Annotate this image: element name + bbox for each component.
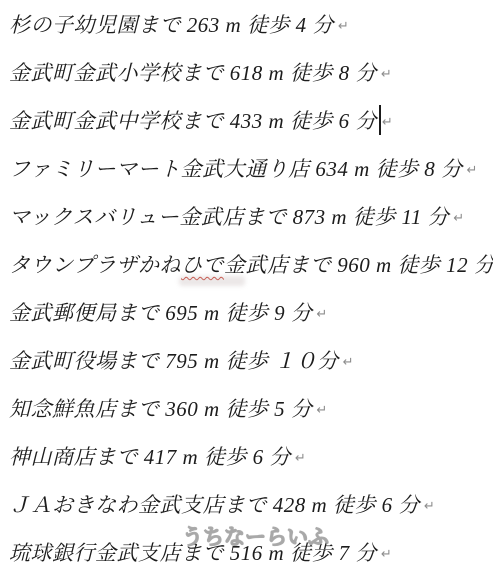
line-text[interactable]: 金武郵便局まで 695 m 徒歩 9 分 bbox=[9, 297, 312, 327]
soft-return-mark: ↵ bbox=[381, 547, 392, 562]
distance-line[interactable]: タウンプラザかねひで金武店まで 960 m 徒歩 12 分 ↵ bbox=[0, 240, 493, 288]
watermark-ghost-artifact bbox=[179, 276, 245, 286]
distance-line[interactable]: 神山商店まで 417 m 徒歩 6 分 ↵ bbox=[0, 432, 493, 480]
line-text[interactable]: マックスバリュー金武店まで 873 m 徒歩 11 分 bbox=[9, 201, 449, 231]
soft-return-mark: ↵ bbox=[338, 19, 349, 34]
soft-return-mark: ↵ bbox=[343, 355, 354, 370]
spellcheck-flagged-text[interactable]: ひで bbox=[181, 249, 224, 279]
line-text[interactable]: ファミリーマート金武大通り店 634 m 徒歩 8 分 bbox=[9, 153, 463, 183]
distance-line[interactable]: ファミリーマート金武大通り店 634 m 徒歩 8 分 ↵ bbox=[0, 144, 493, 192]
watermark-uchina-life: うちなーらいふ bbox=[182, 521, 329, 551]
distance-line[interactable]: 杉の子幼児園まで 263 m 徒歩 4 分 ↵ bbox=[0, 0, 493, 48]
line-text[interactable]: 知念鮮魚店まで 360 m 徒歩 5 分 bbox=[9, 393, 312, 423]
soft-return-mark: ↵ bbox=[382, 115, 393, 130]
line-text[interactable]: 神山商店まで 417 m 徒歩 6 分 bbox=[9, 441, 291, 471]
soft-return-mark: ↵ bbox=[316, 403, 327, 418]
distance-line[interactable]: 金武町金武中学校まで 433 m 徒歩 6 分 ↵ bbox=[0, 96, 493, 144]
line-text[interactable]: ＪＡおきなわ金武支店まで 428 m 徒歩 6 分 bbox=[9, 489, 420, 519]
line-text[interactable]: 杉の子幼児園まで 263 m 徒歩 4 分 bbox=[9, 9, 334, 39]
document-canvas: 杉の子幼児園まで 263 m 徒歩 4 分 ↵ 金武町金武小学校まで 618 m… bbox=[0, 0, 493, 575]
distance-line[interactable]: マックスバリュー金武店まで 873 m 徒歩 11 分 ↵ bbox=[0, 192, 493, 240]
line-text[interactable]: 金武町金武小学校まで 618 m 徒歩 8 分 bbox=[9, 57, 377, 87]
distance-line[interactable]: 金武町金武小学校まで 618 m 徒歩 8 分 ↵ bbox=[0, 48, 493, 96]
distance-line[interactable]: 金武郵便局まで 695 m 徒歩 9 分 ↵ bbox=[0, 288, 493, 336]
soft-return-mark: ↵ bbox=[316, 307, 327, 322]
distance-line[interactable]: 金武町役場まで 795 m 徒歩 １０分 ↵ bbox=[0, 336, 493, 384]
line-text-prefix[interactable]: タウンプラザかね bbox=[9, 249, 181, 279]
distance-line[interactable]: 知念鮮魚店まで 360 m 徒歩 5 分 ↵ bbox=[0, 384, 493, 432]
text-cursor bbox=[379, 105, 381, 135]
soft-return-mark: ↵ bbox=[467, 163, 478, 178]
soft-return-mark: ↵ bbox=[381, 67, 392, 82]
soft-return-mark: ↵ bbox=[424, 499, 435, 514]
line-text[interactable]: 金武町金武中学校まで 433 m 徒歩 6 分 bbox=[9, 105, 377, 135]
soft-return-mark: ↵ bbox=[453, 211, 464, 226]
soft-return-mark: ↵ bbox=[295, 451, 306, 466]
line-text-suffix[interactable]: 金武店まで 960 m 徒歩 12 分 bbox=[224, 249, 493, 279]
line-text[interactable]: 金武町役場まで 795 m 徒歩 １０分 bbox=[9, 345, 339, 375]
